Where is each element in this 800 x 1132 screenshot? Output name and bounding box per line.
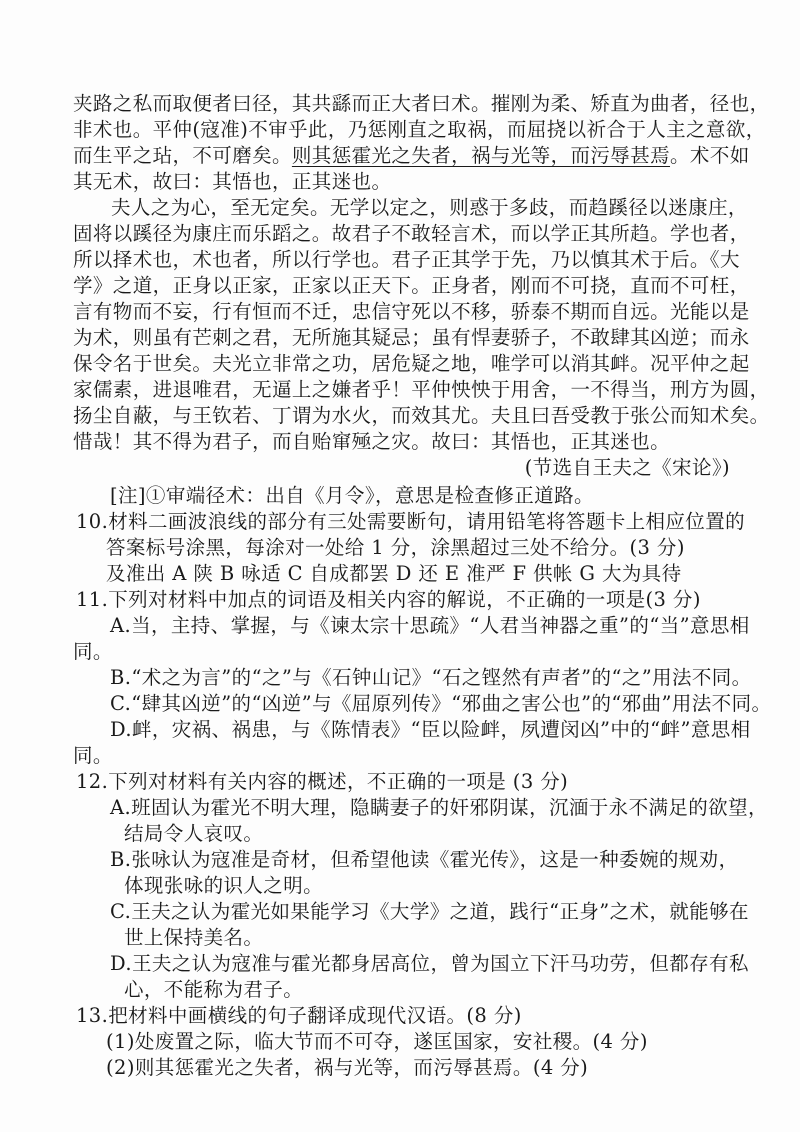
exam-page: 夹路之私而取便者曰径，其共繇而正大者曰术。摧刚为柔、矫直为曲者，径也， 非术也。… bbox=[0, 0, 800, 1132]
question-11-option-b: B.“术之为言”的“之”与《石钟山记》“石之铿然有声者”的“之”用法不同。 bbox=[110, 665, 770, 691]
footnote: [注]①审端径术：出自《月令》，意思是检查修正道路。 bbox=[110, 483, 770, 509]
passage-line: 言有物而不妄，行有恒而不迁，忠信守死以不移，骄泰不期而自远。光能以是 bbox=[73, 299, 733, 325]
passage-line: 固将以蹊径为康庄而乐蹈之。故君子不敢轻言术，而以学正其所趋。学也者， bbox=[73, 221, 733, 247]
passage-text: 而生平之玷，不可磨矣。 bbox=[73, 144, 292, 167]
passage-line: 学》之道，正身以正家，正家以正天下。正身者，刚而不可挠，直而不可枉， bbox=[73, 273, 733, 299]
question-13-sentence-1: (1)处废置之际，临大节而不可夺，遂匡国家，安社稷。(4 分) bbox=[106, 1029, 766, 1055]
question-11-option-a: A.当，主持、掌握，与《谏太宗十思疏》“人君当神器之重”的“当”意思相 bbox=[110, 613, 770, 639]
passage-line: 保令名于世矣。夫光立非常之功，居危疑之地，唯学可以消其衅。况平仲之起 bbox=[73, 351, 733, 377]
passage-line: 惜哉！其不得为君子，而自贻窜殛之灾。故曰：其悟也，正其迷也。 bbox=[73, 429, 733, 455]
question-13-sentence-2: (2)则其惩霍光之失者，祸与光等，而污辱甚焉。(4 分) bbox=[106, 1055, 766, 1081]
question-13-stem: 13.把材料中画横线的句子翻译成现代汉语。(8 分) bbox=[76, 1003, 736, 1029]
question-12-option-a-cont: 结局令人哀叹。 bbox=[124, 821, 784, 847]
passage-line: 扬尘自蔽，与王钦若、丁谓为水火，而效其尤。夫且曰吾受教于张公而知术矣。 bbox=[73, 403, 733, 429]
question-12-option-b-cont: 体现张咏的识人之明。 bbox=[124, 873, 784, 899]
passage-text: 。术不如 bbox=[670, 144, 750, 167]
question-12-option-b: B.张咏认为寇准是奇材，但希望他读《霍光传》，这是一种委婉的规劝， bbox=[110, 847, 770, 873]
underlined-sentence: 则其惩霍光之失者，祸与光等，而污辱甚焉 bbox=[292, 144, 670, 167]
question-11-option-c: C.“肆其凶逆”的“凶逆”与《屈原列传》“邪曲之害公也”的“邪曲”用法不同。 bbox=[110, 691, 770, 717]
passage-line: 其无术，故曰：其悟也，正其迷也。 bbox=[73, 169, 733, 195]
passage-line: 所以择术也，术也者，所以行学也。君子正其学于先，乃以慎其术于后。《大 bbox=[73, 247, 733, 273]
passage-line: 非术也。平仲(寇准)不审乎此，乃惩刚直之取祸，而屈挠以祈合于人主之意欲， bbox=[73, 117, 733, 143]
passage-line: 夫人之为心，至无定矣。无学以定之，则惑于多歧，而趋蹊径以迷康庄， bbox=[111, 195, 771, 221]
source-citation: (节选自王夫之《宋论》) bbox=[525, 455, 730, 481]
question-12-stem: 12.下列对材料有关内容的概述，不正确的一项是 (3 分) bbox=[76, 769, 736, 795]
question-12-option-a: A.班固认为霍光不明大理，隐瞒妻子的奸邪阴谋，沉湎于永不满足的欲望， bbox=[110, 795, 770, 821]
question-10-stem: 10.材料二画波浪线的部分有三处需要断句，请用铅笔将答题卡上相应位置的 bbox=[76, 509, 736, 535]
passage-line: 夹路之私而取便者曰径，其共繇而正大者曰术。摧刚为柔、矫直为曲者，径也， bbox=[73, 91, 733, 117]
question-10-sentence: 及准出 A 陕 B 咏适 C 自成都罢 D 还 E 准严 F 供帐 G 大为具待 bbox=[106, 561, 766, 587]
question-11-option-d: D.衅，灾祸、祸患，与《陈情表》“臣以险衅，夙遭闵凶”中的“衅”意思相 bbox=[110, 717, 770, 743]
question-11-option-a-cont: 同。 bbox=[73, 639, 733, 665]
question-12-option-d: D.王夫之认为寇准与霍光都身居高位，曾为国立下汗马功劳，但都存有私 bbox=[110, 951, 770, 977]
question-10-stem-cont: 答案标号涂黑，每涂对一处给 1 分，涂黑超过三处不给分。(3 分) bbox=[106, 535, 766, 561]
passage-line: 为术，则虽有芒刺之君，无所施其疑忌；虽有悍妻骄子，不敢肆其凶逆；而永 bbox=[73, 325, 733, 351]
passage-line: 而生平之玷，不可磨矣。则其惩霍光之失者，祸与光等，而污辱甚焉。术不如 bbox=[73, 143, 733, 169]
question-12-option-c: C.王夫之认为霍光如果能学习《大学》之道，践行“正身”之术，就能够在 bbox=[110, 899, 770, 925]
question-12-option-d-cont: 心，不能称为君子。 bbox=[124, 977, 784, 1003]
question-11-stem: 11.下列对材料中加点的词语及相关内容的解说，不正确的一项是(3 分) bbox=[76, 587, 736, 613]
question-12-option-c-cont: 世上保持美名。 bbox=[124, 925, 784, 951]
passage-line: 家儒素，进退唯君，无逼上之嫌者乎！平仲怏怏于用舍，一不得当，刑方为圆， bbox=[73, 377, 733, 403]
question-11-option-d-cont: 同。 bbox=[73, 743, 733, 769]
